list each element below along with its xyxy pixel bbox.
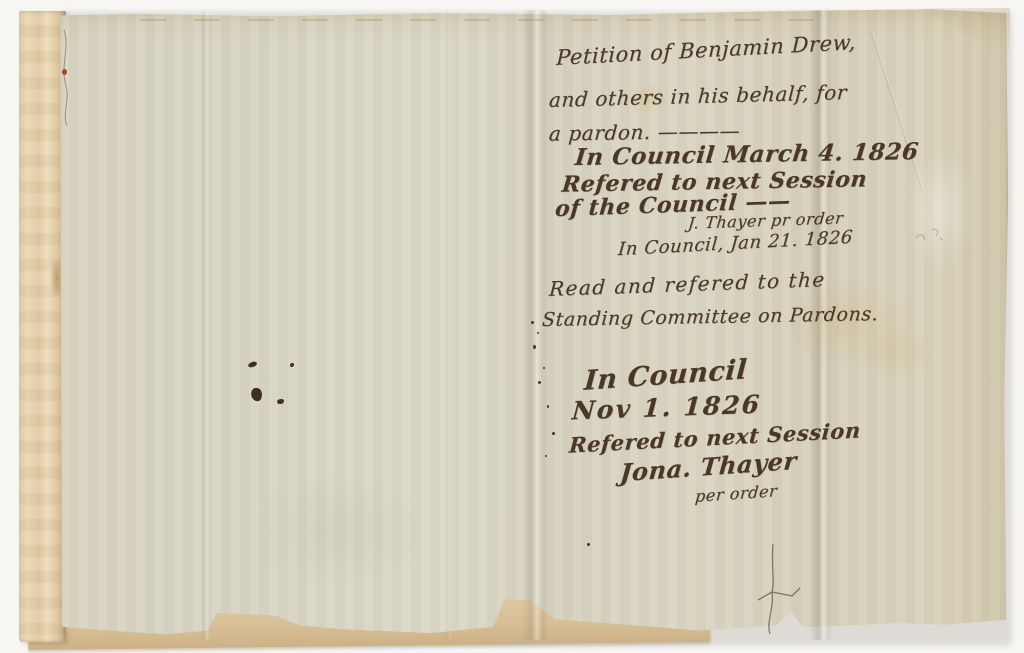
handwritten-line: Standing Committee on Pardons.: [541, 303, 879, 331]
handwritten-docket: Petition of Benjamin Drew, and others in…: [0, 0, 1024, 653]
handwritten-signature: per order: [694, 481, 778, 506]
handwritten-line: Nov 1. 1826: [571, 390, 762, 426]
scan-background: Petition of Benjamin Drew, and others in…: [0, 0, 1024, 653]
handwritten-line: Petition of Benjamin Drew,: [556, 30, 857, 70]
handwritten-line: In Council, Jan 21. 1826: [617, 227, 854, 260]
handwritten-line: Read and refered to the: [548, 267, 826, 301]
handwritten-line: and others in his behalf, for: [548, 80, 847, 112]
